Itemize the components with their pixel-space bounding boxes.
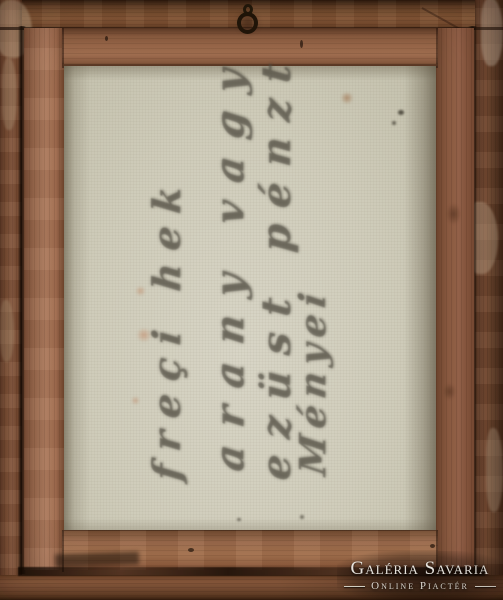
wood-mark [188, 548, 194, 552]
stain [340, 92, 354, 104]
ring-loop [237, 12, 258, 34]
watermark-subtitle-row: Online Piactér [344, 580, 496, 592]
stretcher-bar-right [436, 28, 474, 570]
paper-remnant [2, 58, 17, 130]
inscription-line: Ményei [292, 304, 334, 478]
stretcher-joint [436, 28, 438, 68]
watermark-rule-right [475, 586, 496, 587]
canvas-verso: freçi hek arany vagy ezüst pénzt Ményei [64, 66, 436, 530]
wood-knot [446, 203, 461, 225]
stain [300, 515, 304, 519]
watermark-title: Galéria Savaria [351, 559, 490, 579]
inscription-line: freçi hek [144, 178, 188, 483]
photo-back-of-painting: freçi hek arany vagy ezüst pénzt Ményei … [0, 0, 503, 600]
watermark-subtitle: Online Piactér [371, 580, 469, 592]
inscription-line: arany vagy [206, 96, 254, 474]
wood-mark [430, 544, 435, 548]
stretcher-joint [62, 28, 64, 68]
hanging-ring [233, 3, 263, 37]
watermark-rule-left [344, 586, 365, 587]
stain [131, 396, 140, 405]
stretcher-bar-left [24, 28, 64, 570]
outer-frame-board-right [475, 0, 503, 600]
gallery-watermark: Galéria Savaria Online Piactér [337, 551, 503, 600]
stain [398, 110, 404, 115]
wood-mark [300, 40, 303, 48]
paper-remnant [486, 428, 503, 512]
wood-knot [443, 383, 456, 400]
stain [237, 518, 241, 521]
wood-mark [105, 36, 108, 41]
paper-remnant [0, 300, 14, 362]
stain [392, 121, 396, 125]
paper-remnant [481, 0, 503, 66]
